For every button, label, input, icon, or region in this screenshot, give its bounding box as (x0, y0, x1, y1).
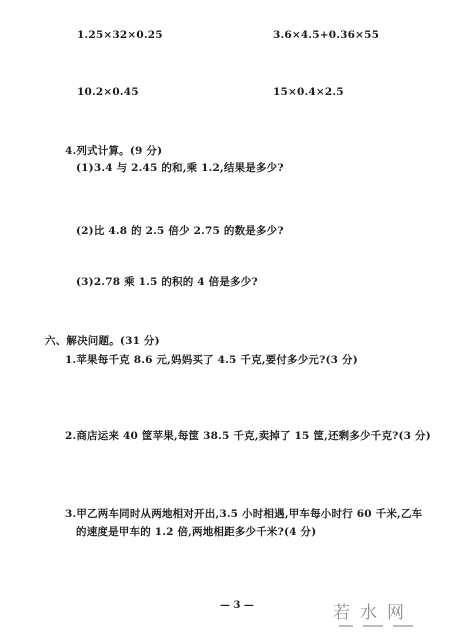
section4-item-2: (2)比 4.8 的 2.5 倍少 2.75 的数是多少? (76, 226, 284, 237)
calc-row1-right: 3.6×4.5+0.36×55 (273, 30, 379, 41)
watermark-subtext (333, 625, 445, 627)
section4-item-3: (3)2.78 乘 1.5 的积的 4 倍是多少? (76, 277, 258, 288)
calc-row1-left: 1.25×32×0.25 (77, 30, 163, 41)
problem-3-line1: 3.甲乙两车同时从两地相对开出,3.5 小时相遇,甲车每小时行 60 千米,乙车 (65, 509, 422, 520)
page-number: — 3 — (220, 600, 254, 611)
problem-3-line2: 的速度是甲车的 1.2 倍,两地相距多少千米?(4 分) (76, 527, 316, 538)
problem-1: 1.苹果每千克 8.6 元,妈妈买了 4.5 千克,要付多少元?(3 分) (65, 355, 358, 366)
calc-row2-right: 15×0.4×2.5 (273, 87, 344, 98)
watermark-logo: 若水网 (333, 603, 445, 637)
watermark-text: 若水网 (333, 603, 445, 623)
calc-row2-left: 10.2×0.45 (77, 87, 139, 98)
section6-title: 六、解决问题。(31 分) (45, 336, 160, 347)
problem-2: 2.商店运来 40 筐苹果,每筐 38.5 千克,卖掉了 15 筐,还剩多少千克… (65, 431, 431, 442)
section4-title: 4.列式计算。(9 分) (65, 146, 162, 157)
section4-item-1: (1)3.4 与 2.45 的和,乘 1.2,结果是多少? (76, 163, 284, 174)
